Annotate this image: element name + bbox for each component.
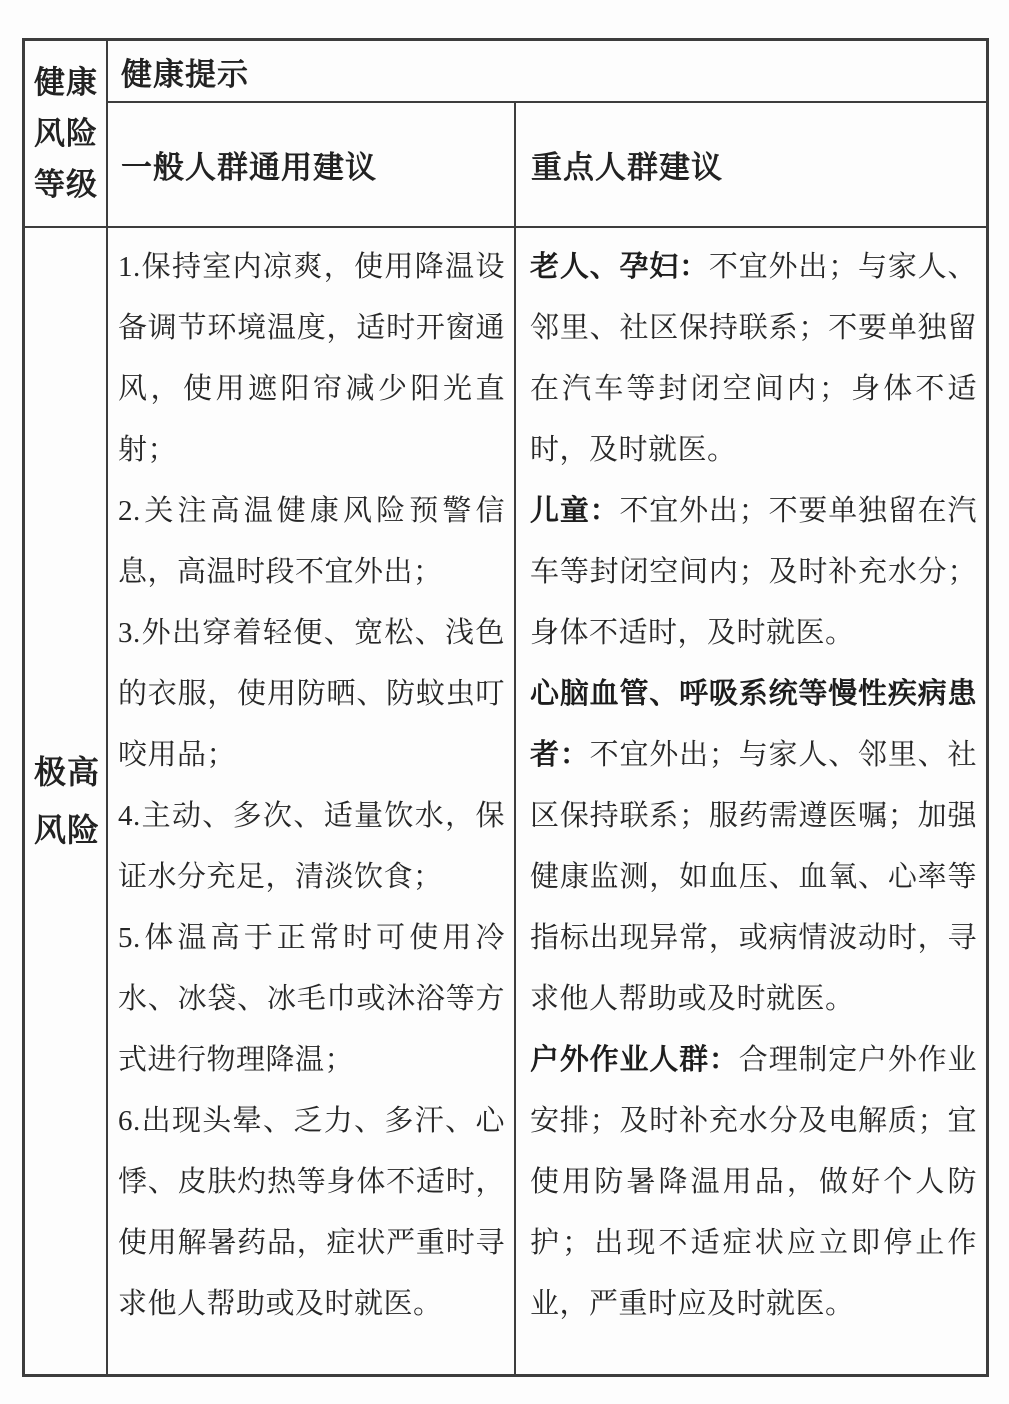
- key-advice-cell: 老人、孕妇：不宜外出；与家人、邻里、社区保持联系；不要单独留在汽车等封闭空间内；…: [516, 228, 986, 1374]
- risk-level-value-line: 风险: [34, 814, 106, 846]
- general-column-header-label: 一般人群通用建议: [121, 142, 377, 187]
- key-advice-group: 儿童：不宜外出；不要单独留在汽车等封闭空间内；及时补充水分；身体不适时，及时就医…: [530, 481, 977, 664]
- risk-level-header-line: 健康: [34, 67, 106, 98]
- key-group-name: 老人、孕妇：: [530, 251, 709, 283]
- general-advice-item: 5.体温高于正常时可使用冷水、冰袋、冰毛巾或沐浴等方式进行物理降温；: [118, 908, 505, 1091]
- key-group-name: 儿童：: [530, 495, 619, 527]
- health-risk-table: 健康 风险 等级 健康提示 一般人群通用建议 重点人群建议 极高 风险 1.保持…: [22, 38, 989, 1377]
- key-group-text: 合理制定户外作业安排；及时补充水分及电解质；宜使用防暑降温用品，做好个人防护；出…: [530, 1044, 977, 1320]
- general-column-header-cell: 一般人群通用建议: [108, 103, 516, 228]
- risk-level-value-cell: 极高 风险: [25, 228, 108, 1374]
- key-group-name: 户外作业人群：: [530, 1044, 739, 1076]
- risk-level-header-line: 风险: [34, 118, 106, 149]
- key-group-text: 不宜外出；与家人、邻里、社区保持联系；服药需遵医嘱；加强健康监测，如血压、血氧、…: [530, 739, 977, 1015]
- general-advice-item: 1.保持室内凉爽，使用降温设备调节环境温度，适时开窗通风，使用遮阳帘减少阳光直射…: [118, 237, 505, 481]
- key-advice-group: 心脑血管、呼吸系统等慢性疾病患者：不宜外出；与家人、邻里、社区保持联系；服药需遵…: [530, 664, 977, 1030]
- key-group-text: 不宜外出；与家人、邻里、社区保持联系；不要单独留在汽车等封闭空间内；身体不适时，…: [530, 251, 977, 466]
- document-page: 健康 风险 等级 健康提示 一般人群通用建议 重点人群建议 极高 风险 1.保持…: [0, 0, 1009, 1404]
- general-advice-item: 4.主动、多次、适量饮水，保证水分充足，清淡饮食；: [118, 786, 505, 908]
- key-column-header-cell: 重点人群建议: [516, 103, 986, 228]
- key-column-header-label: 重点人群建议: [531, 142, 723, 187]
- tips-header-cell: 健康提示: [108, 41, 986, 103]
- risk-level-header-line: 等级: [34, 169, 106, 200]
- tips-header-label: 健康提示: [121, 49, 249, 94]
- general-advice-item: 3.外出穿着轻便、宽松、浅色的衣服，使用防晒、防蚊虫叮咬用品；: [118, 603, 505, 786]
- key-advice-group: 老人、孕妇：不宜外出；与家人、邻里、社区保持联系；不要单独留在汽车等封闭空间内；…: [530, 237, 977, 481]
- general-advice-item: 6.出现头晕、乏力、多汗、心悸、皮肤灼热等身体不适时，使用解暑药品，症状严重时寻…: [118, 1091, 505, 1335]
- key-advice-group: 户外作业人群：合理制定户外作业安排；及时补充水分及电解质；宜使用防暑降温用品，做…: [530, 1030, 977, 1335]
- risk-level-header-cell: 健康 风险 等级: [25, 41, 108, 228]
- general-advice-cell: 1.保持室内凉爽，使用降温设备调节环境温度，适时开窗通风，使用遮阳帘减少阳光直射…: [108, 228, 516, 1374]
- risk-level-value-line: 极高: [34, 756, 106, 788]
- general-advice-item: 2.关注高温健康风险预警信息，高温时段不宜外出；: [118, 481, 505, 603]
